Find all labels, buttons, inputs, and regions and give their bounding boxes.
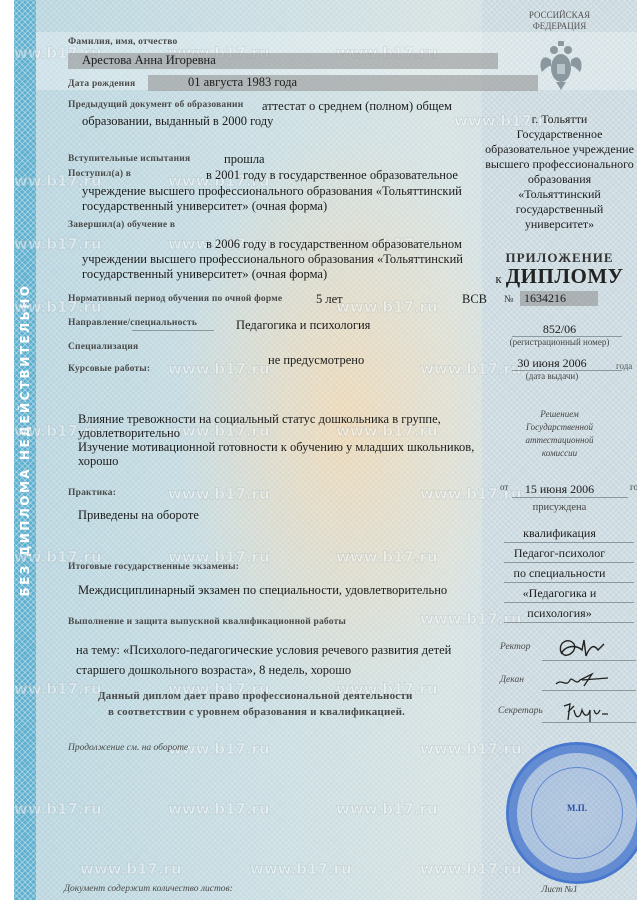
decision-date: 15 июня 2006 bbox=[482, 482, 637, 497]
direction-underline bbox=[132, 330, 214, 331]
decision-year-suffix: года bbox=[630, 482, 637, 492]
dean-label: Декан bbox=[500, 675, 524, 685]
number-label: № bbox=[504, 294, 514, 305]
prev-doc-label: Предыдущий документ об образовании bbox=[68, 100, 243, 110]
practice-label: Практика: bbox=[68, 488, 116, 498]
decision-line: комиссии bbox=[482, 447, 637, 460]
institution-line: Государственное bbox=[482, 127, 637, 142]
awarded-text: присуждена bbox=[482, 500, 637, 515]
period-value: 5 лет bbox=[316, 292, 343, 307]
decision-line: Решением bbox=[482, 408, 637, 421]
exams-value: Междисциплинарный экзамен по специальнос… bbox=[78, 583, 447, 598]
institution-line: г. Тольятти bbox=[482, 112, 637, 127]
country-line-1: РОССИЙСКАЯ bbox=[482, 10, 637, 21]
institution-line: образования bbox=[482, 172, 637, 187]
watermark: www.b17.ru bbox=[336, 800, 438, 818]
enrolled-value-1: в 2001 году в государственное образовате… bbox=[206, 168, 458, 183]
specialization-label: Специализация bbox=[68, 342, 138, 352]
finished-value-3: государственный университет» (очная форм… bbox=[82, 267, 327, 282]
issue-caption: (дата выдачи) bbox=[482, 371, 622, 381]
enrolled-value-3: государственный университет» (очная форм… bbox=[82, 199, 327, 214]
thesis-value-2: старшего дошкольного возраста», 8 недель… bbox=[76, 663, 351, 678]
spec-value-2-underline bbox=[504, 622, 634, 623]
side-band-text: БЕЗ ДИПЛОМА НЕДЕЙСТВИТЕЛЬНО bbox=[18, 284, 32, 597]
decision-line: Государственной bbox=[482, 421, 637, 434]
rights-line-1: Данный диплом дает право профессионально… bbox=[98, 690, 413, 702]
number-value: 1634216 bbox=[520, 291, 598, 306]
institution-line: «Тольяттинский bbox=[482, 187, 637, 202]
finished-value-2: учреждении высшего профессионального обр… bbox=[82, 252, 463, 267]
title-main: ДИПЛОМУ bbox=[506, 264, 624, 288]
seal-mp-text: М.П. bbox=[509, 803, 637, 813]
coursework-item-1-grade: удовлетворительно bbox=[78, 426, 180, 441]
specialty-label: по специальности bbox=[482, 566, 637, 581]
enrolled-value-2: учреждение высшего профессионального обр… bbox=[82, 184, 462, 199]
institution-line: государственный bbox=[482, 202, 637, 217]
exams-label: Итоговые государственные экзамены: bbox=[68, 562, 239, 572]
prev-doc-value-1: аттестат о среднем (полном) общем bbox=[262, 99, 452, 114]
spec-value-underline bbox=[504, 602, 634, 603]
supplement-title-2: к ДИПЛОМУ bbox=[482, 264, 637, 289]
secretary-signature-icon bbox=[560, 698, 610, 726]
reg-caption: (регистрационный номер) bbox=[482, 337, 637, 347]
qualification-value: Педагог-психолог bbox=[482, 546, 637, 561]
institution-line: университет» bbox=[482, 217, 637, 232]
institution-line: высшего профессионального bbox=[482, 157, 637, 172]
entrance-label: Вступительные испытания bbox=[68, 154, 190, 164]
watermark: www.b17.ru bbox=[80, 860, 182, 878]
specialty-value-1: «Педагогика и bbox=[482, 586, 637, 601]
title-prefix: к bbox=[495, 271, 501, 286]
coursework-value: не предусмотрено bbox=[268, 353, 364, 368]
coursework-item-2: Изучение мотивационной готовности к обуч… bbox=[78, 440, 474, 455]
series-value: ВСВ bbox=[462, 292, 487, 307]
double-headed-eagle-emblem-icon bbox=[534, 38, 588, 92]
decision-block: Решением Государственной аттестационной … bbox=[482, 408, 637, 460]
period-label: Нормативный период обучения по очной фор… bbox=[68, 294, 282, 304]
watermark: www.b17.ru bbox=[168, 485, 270, 503]
dean-signature-icon bbox=[552, 666, 616, 692]
watermark: www.b17.ru bbox=[168, 800, 270, 818]
birth-value: 01 августа 1983 года bbox=[148, 75, 538, 91]
institution-block: г. Тольятти Государственное образователь… bbox=[482, 112, 637, 232]
sheets-label: Документ содержит количество листов: bbox=[64, 884, 233, 894]
fio-value: Арестова Анна Игоревна bbox=[68, 53, 498, 69]
watermark: www.b17.ru bbox=[336, 298, 438, 316]
rector-signature-icon bbox=[554, 634, 618, 664]
institution-line: образовательное учреждение bbox=[482, 142, 637, 157]
direction-value: Педагогика и психология bbox=[236, 318, 370, 333]
finished-value-1: в 2006 году в государственном образовате… bbox=[206, 237, 462, 252]
thesis-value-1: на тему: «Психолого-педагогические услов… bbox=[76, 643, 451, 658]
enrolled-label: Поступил(а) в bbox=[68, 169, 131, 179]
side-security-band: БЕЗ ДИПЛОМА НЕДЕЙСТВИТЕЛЬНО bbox=[14, 0, 36, 900]
watermark: www.b17.ru bbox=[336, 548, 438, 566]
qual-underline bbox=[504, 542, 634, 543]
finished-label: Завершил(а) обучение в bbox=[68, 220, 175, 230]
direction-label: Направление/специальность bbox=[68, 318, 197, 328]
thesis-label: Выполнение и защита выпускной квалификац… bbox=[68, 617, 346, 627]
reg-number: 852/06 bbox=[482, 322, 637, 337]
continued-note: Продолжение см. на обороте bbox=[68, 743, 188, 753]
official-seal: М.П. bbox=[506, 742, 637, 884]
birth-label: Дата рождения bbox=[68, 79, 135, 89]
coursework-label: Курсовые работы: bbox=[68, 364, 150, 374]
fio-label: Фамилия, имя, отчество bbox=[68, 37, 177, 47]
decision-line: аттестационной bbox=[482, 434, 637, 447]
issue-date: 30 июня 2006 bbox=[482, 356, 622, 371]
coursework-item-1: Влияние тревожности на социальный статус… bbox=[78, 412, 441, 427]
qual-value-underline bbox=[504, 562, 634, 563]
sheet-number: Лист №1 bbox=[482, 884, 637, 894]
specialty-value-2: психология» bbox=[482, 606, 637, 621]
watermark: www.b17.ru bbox=[168, 360, 270, 378]
qualification-label: квалификация bbox=[482, 526, 637, 541]
rights-line-2: в соответствии с уровнем образования и к… bbox=[108, 706, 405, 718]
decision-underline bbox=[512, 497, 628, 498]
country-header: РОССИЙСКАЯ ФЕДЕРАЦИЯ bbox=[482, 10, 637, 32]
diploma-supplement-sheet: БЕЗ ДИПЛОМА НЕДЕЙСТВИТЕЛЬНО www.b17.ru w… bbox=[14, 0, 637, 900]
rector-label: Ректор bbox=[500, 642, 530, 652]
seal-inner-ring bbox=[531, 767, 623, 859]
secretary-label: Секретарь bbox=[498, 706, 543, 716]
watermark: www.b17.ru bbox=[250, 860, 352, 878]
prev-doc-value-2: образовании, выданный в 2000 году bbox=[82, 114, 273, 129]
practice-value: Приведены на обороте bbox=[78, 508, 199, 523]
coursework-item-2-grade: хорошо bbox=[78, 454, 118, 469]
country-line-2: ФЕДЕРАЦИЯ bbox=[482, 21, 637, 32]
spec-underline bbox=[504, 582, 634, 583]
entrance-value: прошла bbox=[224, 152, 265, 167]
